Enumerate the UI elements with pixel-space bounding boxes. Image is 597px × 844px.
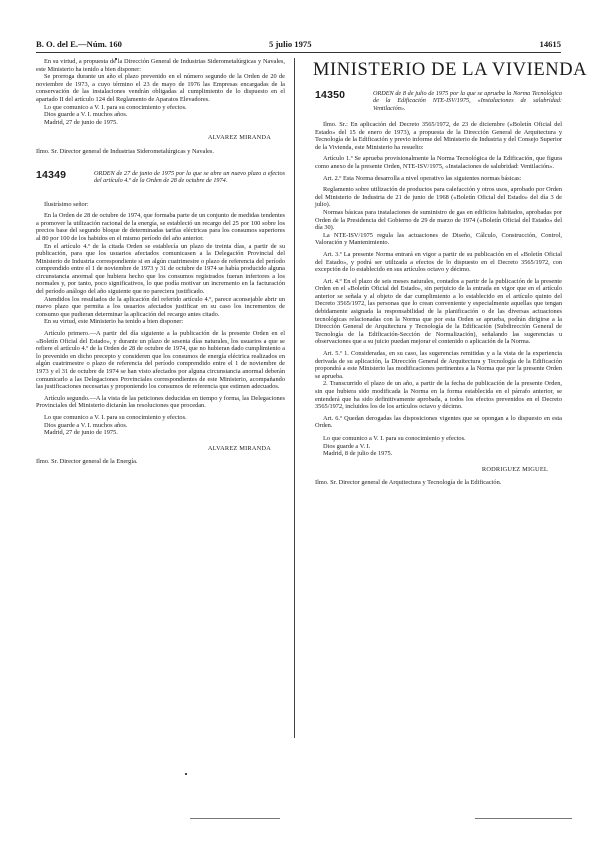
closing-formula: Lo que comunico a V. I. para su conocimi… (36, 104, 285, 127)
article: Art. 2.º Esta Norma desarrolla a nivel o… (315, 175, 562, 183)
scan-speck (185, 773, 187, 775)
place-date: Madrid, 27 de junio de 1975. (36, 119, 285, 127)
article: Art. 5.º 1. Consideradas, en su caso, la… (315, 350, 562, 380)
salutation: Ilustrísimo señor: (36, 201, 285, 209)
paragraph: En la Orden de 28 de octubre de 1974, qu… (36, 212, 285, 242)
decree-heading: 14350 ORDEN de 8 de julio de 1975 por la… (315, 90, 562, 114)
closing-formula: Lo que comunico a V. I. para su conocimi… (36, 414, 285, 437)
page-number: 14615 (540, 39, 561, 49)
addressee: Ilmo. Sr. Director general de Industrias… (36, 148, 285, 156)
scan-speck (115, 58, 117, 60)
decree-title: ORDEN de 8 de julio de 1975 por la que s… (373, 90, 562, 112)
paragraph: Reglamento sobre utilización de producto… (315, 186, 562, 209)
continued-order: En su virtud, a propuesta de la Direcció… (36, 58, 285, 156)
paragraph: Normas básicas para instalaciones de sum… (315, 209, 562, 232)
running-header: B. O. del E.—Núm. 160 5 julio 1975 14615 (36, 39, 561, 51)
signature: ALVAREZ MIRANDA (36, 445, 271, 453)
paragraph: La NTE-ISV/1975 regula las actuaciones d… (315, 232, 562, 247)
paragraph: En su virtud, este Ministerio ha tenido … (36, 318, 285, 326)
closing-line: Dios guarde a V. I. muchos años. (36, 422, 285, 430)
article: Artículo primero.—A partir del día sigui… (36, 330, 285, 391)
right-column: MINISTERIO DE LA VIVIENDA 14350 ORDEN de… (315, 58, 562, 487)
decree-number: 14350 (315, 92, 345, 100)
place-date: Madrid, 27 de junio de 1975. (36, 429, 285, 437)
paragraph: En el artículo 4.º de la citada Orden se… (36, 243, 285, 296)
addressee: Ilmo. Sr. Director general de Arquitectu… (315, 479, 562, 487)
closing-line: Lo que comunico a V. I. para su conocimi… (315, 435, 562, 443)
article: Art. 3.º La presente Norma entrará en vi… (315, 251, 562, 274)
article: Artículo 1.º Se aprueba provisionalmente… (315, 155, 562, 170)
paragraph: Se prorroga durante un año el plazo prev… (36, 73, 285, 103)
decree-heading: 14349 ORDEN de 27 de junio de 1975 por l… (36, 170, 285, 194)
paragraph: Ilmo. Sr.: En aplicación del Decreto 356… (315, 121, 562, 151)
ministry-heading: MINISTERIO DE LA VIVIENDA (313, 60, 562, 80)
header-rule (36, 52, 561, 53)
closing-line: Dios guarde a V. I. (315, 443, 562, 451)
column-margin-bar (294, 58, 295, 738)
closing-line: Lo que comunico a V. I. para su conocimi… (36, 414, 285, 422)
paragraph: En su virtud, a propuesta de la Direcció… (36, 58, 285, 73)
closing-line: Dios guarde a V. I. muchos años. (36, 111, 285, 119)
article: Art. 6.º Quedan derogadas las disposicio… (315, 415, 562, 430)
paragraph: Atendidos los resultados de la aplicació… (36, 296, 285, 319)
decree-title: ORDEN de 27 de junio de 1975 por la que … (94, 170, 285, 185)
left-column: En su virtud, a propuesta de la Direcció… (36, 58, 285, 466)
footer-rule (190, 818, 280, 819)
publication-date: 5 julio 1975 (269, 39, 312, 49)
decree-number: 14349 (36, 172, 66, 180)
publication-number: B. O. del E.—Núm. 160 (36, 39, 122, 49)
paragraph: 2. Transcurrido el plazo de un año, a pa… (315, 380, 562, 410)
closing-formula: Lo que comunico a V. I. para su conocimi… (315, 435, 562, 458)
place-date: Madrid, 8 de julio de 1975. (315, 450, 562, 458)
footer-rule (475, 818, 572, 819)
article: Artículo segundo.—A la vista de las peti… (36, 395, 285, 410)
addressee: Ilmo. Sr. Director general de la Energía… (36, 458, 285, 466)
closing-line: Lo que comunico a V. I. para su conocimi… (36, 104, 285, 112)
signature: ALVAREZ MIRANDA (36, 134, 271, 142)
signature: RODRIGUEZ MIGUEL (315, 466, 548, 474)
article: Art. 4.º En el plazo de seis meses natur… (315, 278, 562, 346)
